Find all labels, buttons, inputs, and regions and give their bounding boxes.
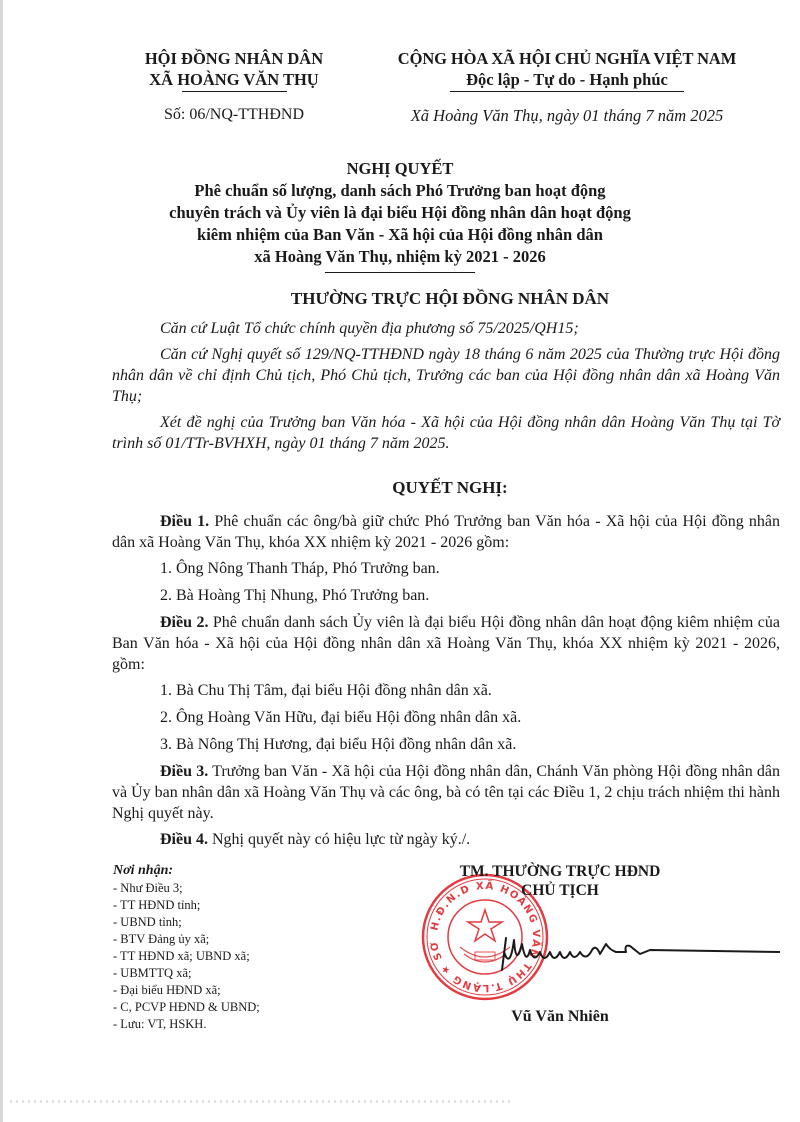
recipients-title: Nơi nhận: bbox=[113, 862, 353, 880]
authority-heading: THƯỜNG TRỰC HỘI ĐỒNG NHÂN DÂN bbox=[110, 289, 790, 309]
agency-underline bbox=[182, 91, 287, 92]
motto: Độc lập - Tự do - Hạnh phúc bbox=[362, 69, 772, 90]
article-3-label: Điều 3. bbox=[160, 763, 208, 780]
article-4: Điều 4. Nghị quyết này có hiệu lực từ ng… bbox=[112, 829, 780, 850]
article-3: Điều 3. Trưởng ban Văn - Xã hội của Hội … bbox=[112, 761, 780, 824]
national-header: CỘNG HÒA XÃ HỘI CHỦ NGHĨA VIỆT NAM Độc l… bbox=[362, 48, 772, 126]
signer-position: CHỦ TỊCH bbox=[430, 881, 690, 900]
decides-heading: QUYẾT NGHỊ: bbox=[110, 478, 790, 498]
article-2-item: 2. Ông Hoàng Văn Hữu, đại biểu Hội đồng … bbox=[112, 707, 780, 728]
handwritten-signature-icon bbox=[500, 930, 780, 980]
article-1: Điều 1. Phê chuẩn các ông/bà giữ chức Ph… bbox=[112, 511, 780, 553]
subject-line-2: chuyên trách và Ủy viên là đại biểu Hội … bbox=[150, 202, 650, 224]
document-page: HỘI ĐỒNG NHÂN DÂN XÃ HOÀNG VĂN THỤ Số: 0… bbox=[0, 0, 800, 1122]
doc-type: NGHỊ QUYẾT bbox=[150, 158, 650, 180]
subject-line-4: xã Hoàng Văn Thụ, nhiệm kỳ 2021 - 2026 bbox=[150, 246, 650, 268]
motto-underline bbox=[450, 91, 684, 92]
subject-line-3: kiêm nhiệm của Ban Văn - Xã hội của Hội … bbox=[150, 224, 650, 246]
place-date: Xã Hoàng Văn Thụ, ngày 01 tháng 7 năm 20… bbox=[362, 106, 772, 126]
article-2-item: 1. Bà Chu Thị Tâm, đại biểu Hội đồng nhâ… bbox=[112, 680, 780, 701]
articles: Điều 1. Phê chuẩn các ông/bà giữ chức Ph… bbox=[112, 511, 780, 855]
recipient-item: - Lưu: VT, HSKH. bbox=[113, 1016, 353, 1033]
recipient-item: - TT HĐND tỉnh; bbox=[113, 897, 353, 914]
recipient-item: - BTV Đảng ủy xã; bbox=[113, 931, 353, 948]
article-3-text: Trưởng ban Văn - Xã hội của Hội đồng nhâ… bbox=[112, 763, 780, 822]
document-title: NGHỊ QUYẾT Phê chuẩn số lượng, danh sách… bbox=[150, 158, 650, 273]
recipient-item: - UBND tỉnh; bbox=[113, 914, 353, 931]
recipient-item: - Như Điều 3; bbox=[113, 880, 353, 897]
article-1-text: Phê chuẩn các ông/bà giữ chức Phó Trưởng… bbox=[112, 513, 780, 551]
title-underline bbox=[325, 272, 475, 273]
preamble: Căn cứ Luật Tổ chức chính quyền địa phươ… bbox=[112, 318, 780, 459]
preamble-consideration: Xét đề nghị của Trưởng ban Văn hóa - Xã … bbox=[112, 412, 780, 454]
article-2-text: Phê chuẩn danh sách Ủy viên là đại biểu … bbox=[112, 614, 780, 673]
signature-block: TM. THƯỜNG TRỰC HĐND CHỦ TỊCH bbox=[430, 862, 690, 900]
article-4-text: Nghị quyết này có hiệu lực từ ngày ký./. bbox=[208, 831, 470, 848]
article-2-item: 3. Bà Nông Thị Hương, đại biểu Hội đồng … bbox=[112, 734, 780, 755]
recipient-item: - C, PCVP HĐND & UBND; bbox=[113, 999, 353, 1016]
issuing-agency: HỘI ĐỒNG NHÂN DÂN XÃ HOÀNG VĂN THỤ Số: 0… bbox=[118, 48, 350, 125]
subject-line-1: Phê chuẩn số lượng, danh sách Phó Trưởng… bbox=[150, 180, 650, 202]
recipient-item: - Đại biểu HĐND xã; bbox=[113, 982, 353, 999]
agency-line-2: XÃ HOÀNG VĂN THỤ bbox=[118, 69, 350, 90]
article-1-label: Điều 1. bbox=[160, 513, 209, 530]
document-number: Số: 06/NQ-TTHĐND bbox=[118, 104, 350, 125]
agency-line-1: HỘI ĐỒNG NHÂN DÂN bbox=[118, 48, 350, 69]
scan-artifact bbox=[10, 1100, 510, 1103]
scan-edge bbox=[0, 0, 3, 1122]
on-behalf-of: TM. THƯỜNG TRỰC HĐND bbox=[430, 862, 690, 881]
preamble-basis-2: Căn cứ Nghị quyết số 129/NQ-TTHĐND ngày … bbox=[112, 344, 780, 407]
nation-line: CỘNG HÒA XÃ HỘI CHỦ NGHĨA VIỆT NAM bbox=[362, 48, 772, 69]
article-4-label: Điều 4. bbox=[160, 831, 208, 848]
article-2-label: Điều 2. bbox=[160, 614, 208, 631]
recipient-item: - TT HĐND xã; UBND xã; bbox=[113, 948, 353, 965]
article-2: Điều 2. Phê chuẩn danh sách Ủy viên là đ… bbox=[112, 612, 780, 675]
article-1-item: 2. Bà Hoàng Thị Nhung, Phó Trưởng ban. bbox=[112, 585, 780, 606]
recipients-list: Nơi nhận: - Như Điều 3; - TT HĐND tỉnh; … bbox=[113, 862, 353, 1033]
recipient-item: - UBMTTQ xã; bbox=[113, 965, 353, 982]
preamble-basis-1: Căn cứ Luật Tổ chức chính quyền địa phươ… bbox=[112, 318, 780, 339]
signer-name: Vũ Văn Nhiên bbox=[430, 1008, 690, 1026]
article-1-item: 1. Ông Nông Thanh Tháp, Phó Trưởng ban. bbox=[112, 558, 780, 579]
